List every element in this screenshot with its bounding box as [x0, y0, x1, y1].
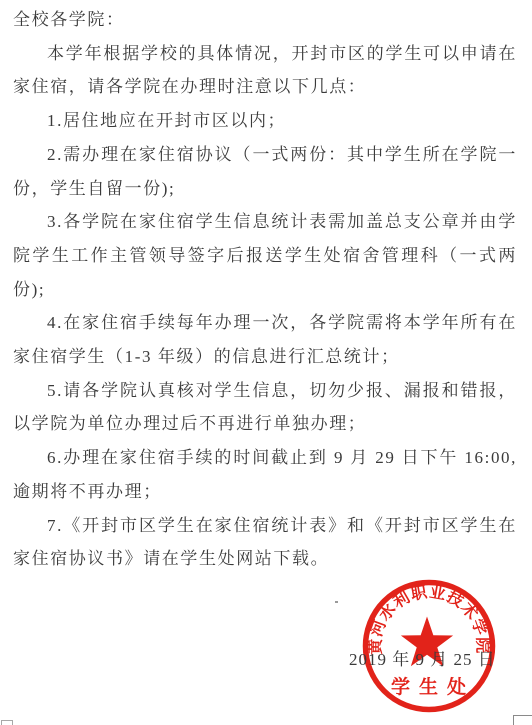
official-seal: 黄河水利职业技术学院 学生处 — [357, 574, 502, 719]
intro-paragraph: 本学年根据学校的具体情况，开封市区的学生可以申请在家住宿，请各学院在办理时注意以… — [13, 37, 517, 104]
page-corner-artifact-right — [513, 715, 532, 725]
notice-item-6: 6.办理在家住宿手续的时间截止到 9 月 29 日下午 16:00,逾期将不再办… — [13, 441, 517, 508]
seal-graphic: 黄河水利职业技术学院 学生处 — [357, 574, 502, 719]
page-corner-artifact-left — [1, 720, 13, 725]
seal-ring-char: 职 — [409, 583, 429, 604]
scan-speck-artifact — [335, 601, 338, 603]
notice-item-1: 1.居住地应在开封市区以内； — [13, 104, 517, 138]
notice-item-2: 2.需办理在家住宿协议（一式两份：其中学生所在学院一份，学生自留一份); — [13, 138, 517, 205]
notice-item-4: 4.在家住宿手续每年办理一次，各学院需将本学年所有在家住宿学生（1-3 年级）的… — [13, 306, 517, 373]
notice-item-3: 3.各学院在家住宿学生信息统计表需加盖总支公章并由学院学生工作主管领导签字后报送… — [13, 205, 517, 306]
seal-department-text: 学生处 — [391, 675, 475, 698]
salutation: 全校各学院： — [13, 3, 517, 37]
notice-item-7: 7.《开封市区学生在家住宿统计表》和《开封市区学生在家住宿协议书》请在学生处网站… — [13, 509, 517, 576]
notice-page: 全校各学院： 本学年根据学校的具体情况，开封市区的学生可以申请在家住宿，请各学院… — [0, 0, 532, 725]
issue-date: 2019 年 9 月 25 日 — [349, 650, 496, 670]
notice-item-5: 5.请各学院认真核对学生信息，切勿少报、漏报和错报，以学院为单位办理过后不再进行… — [13, 374, 517, 441]
